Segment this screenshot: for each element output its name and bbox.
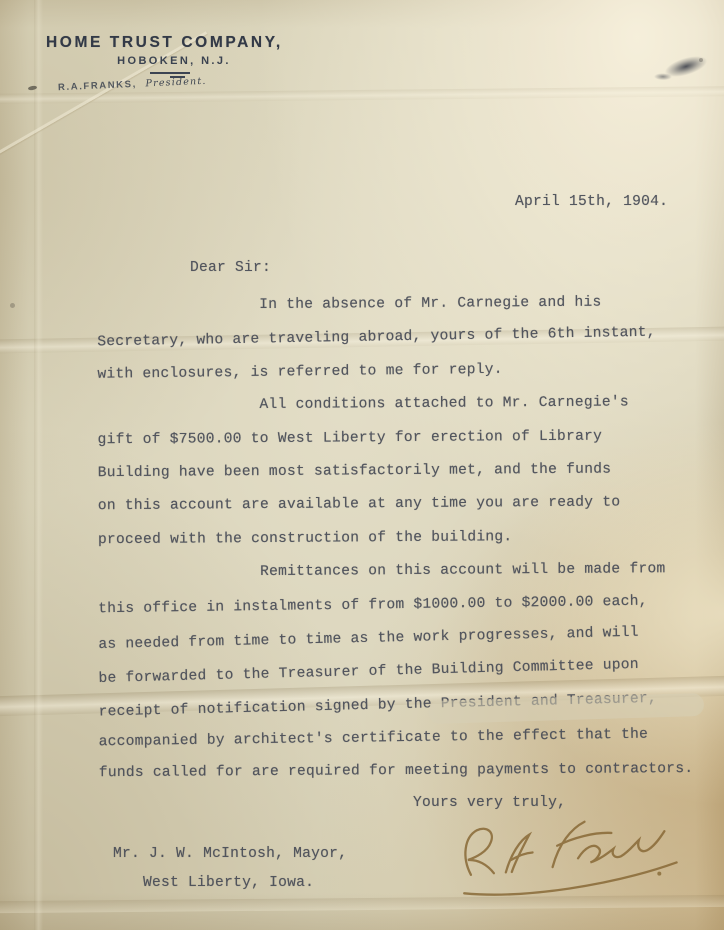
ink-speck [28,85,38,91]
letter-line: proceed with the construction of the bui… [98,520,710,558]
letterhead-officer: R.A.FRANKS, President. [58,76,207,93]
letter-line: All conditions attached to Mr. Carnegie'… [97,386,709,424]
letterhead-location: HOBOKEN, N.J. [46,55,302,67]
recipient-line: West Liberty, Iowa. [143,869,347,898]
letter-date: April 15th, 1904. [515,194,668,210]
letter-line: gift of $7500.00 to West Liberty for ere… [98,419,710,457]
ink-smudge [662,52,709,81]
letterhead-officer-title: President. [145,76,207,90]
letterhead-company-name: HOME TRUST COMPANY, [46,34,283,52]
letter-line: Building have been most satisfactorily m… [98,453,710,491]
letter-line: on this account are available at any tim… [98,486,710,524]
letter-recipient-block: Mr. J. W. McIntosh, Mayor,West Liberty, … [113,840,347,898]
ink-speck [699,58,703,62]
letter-salutation: Dear Sir: [190,260,271,276]
signature [449,802,687,914]
letter-body: In the absence of Mr. Carnegie and hisSe… [97,287,711,790]
ink-speck [10,303,15,308]
letter-closing: Yours very truly, [413,795,566,811]
letter-line: funds called for are required for meetin… [99,753,711,791]
fold-crease-vertical [34,0,43,930]
letterhead-rule [150,72,190,74]
letterhead-officer-name: R.A.FRANKS, [58,79,137,93]
letter-page: HOME TRUST COMPANY, HOBOKEN, N.J. R.A.FR… [0,0,724,930]
signature-ink-strokes [449,802,687,914]
recipient-line: Mr. J. W. McIntosh, Mayor, [113,840,347,869]
